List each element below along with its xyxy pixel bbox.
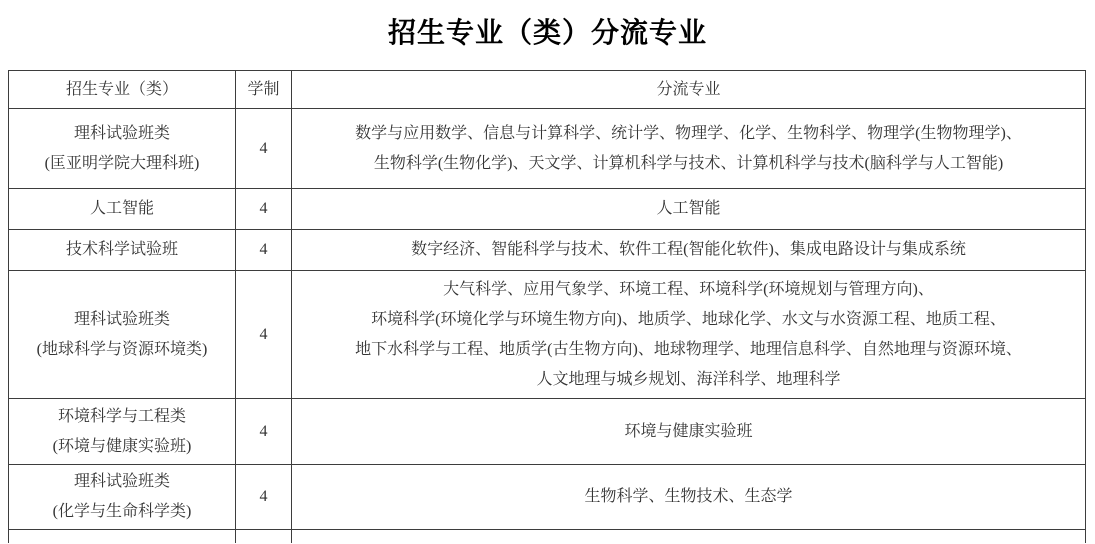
majors-table: 招生专业（类） 学制 分流专业 理科试验班类 (匡亚明学院大理科班) 4 数学与…: [8, 70, 1086, 543]
header-duration: 学制: [236, 71, 292, 109]
duration-cell: 4: [236, 399, 292, 465]
major-cell: 人工智能: [9, 189, 236, 230]
major-cell: 理科试验班类 (化学与生命科学类): [9, 465, 236, 530]
duration-cell: [236, 530, 292, 543]
major-cell: 环境科学与工程类 (环境与健康实验班): [9, 399, 236, 465]
streams-cell: 数学与应用数学、信息与计算科学、统计学、物理学、化学、生物科学、物理学(生物物理…: [292, 109, 1086, 189]
table-row: 理科试验班类 (匡亚明学院大理科班) 4 数学与应用数学、信息与计算科学、统计学…: [9, 109, 1086, 189]
streams-cell: 数字经济、智能科学与技术、软件工程(智能化软件)、集成电路设计与集成系统: [292, 230, 1086, 271]
duration-cell: 4: [236, 189, 292, 230]
table-row-cutoff: [9, 530, 1086, 543]
streams-cell: [292, 530, 1086, 543]
table-row: 人工智能 4 人工智能: [9, 189, 1086, 230]
streams-cell: 环境与健康实验班: [292, 399, 1086, 465]
table-row: 理科试验班类 (化学与生命科学类) 4 生物科学、生物技术、生态学: [9, 465, 1086, 530]
header-streams: 分流专业: [292, 71, 1086, 109]
major-cell: [9, 530, 236, 543]
streams-cell: 大气科学、应用气象学、环境工程、环境科学(环境规划与管理方向)、 环境科学(环境…: [292, 271, 1086, 399]
streams-cell: 生物科学、生物技术、生态学: [292, 465, 1086, 530]
table-row: 理科试验班类 (地球科学与资源环境类) 4 大气科学、应用气象学、环境工程、环境…: [9, 271, 1086, 399]
table-header-row: 招生专业（类） 学制 分流专业: [9, 71, 1086, 109]
duration-cell: 4: [236, 465, 292, 530]
major-cell: 技术科学试验班: [9, 230, 236, 271]
duration-cell: 4: [236, 230, 292, 271]
duration-cell: 4: [236, 109, 292, 189]
header-major: 招生专业（类）: [9, 71, 236, 109]
table-row: 技术科学试验班 4 数字经济、智能科学与技术、软件工程(智能化软件)、集成电路设…: [9, 230, 1086, 271]
duration-cell: 4: [236, 271, 292, 399]
page-title: 招生专业（类）分流专业: [0, 16, 1095, 50]
major-cell: 理科试验班类 (地球科学与资源环境类): [9, 271, 236, 399]
table-row: 环境科学与工程类 (环境与健康实验班) 4 环境与健康实验班: [9, 399, 1086, 465]
streams-cell: 人工智能: [292, 189, 1086, 230]
major-cell: 理科试验班类 (匡亚明学院大理科班): [9, 109, 236, 189]
